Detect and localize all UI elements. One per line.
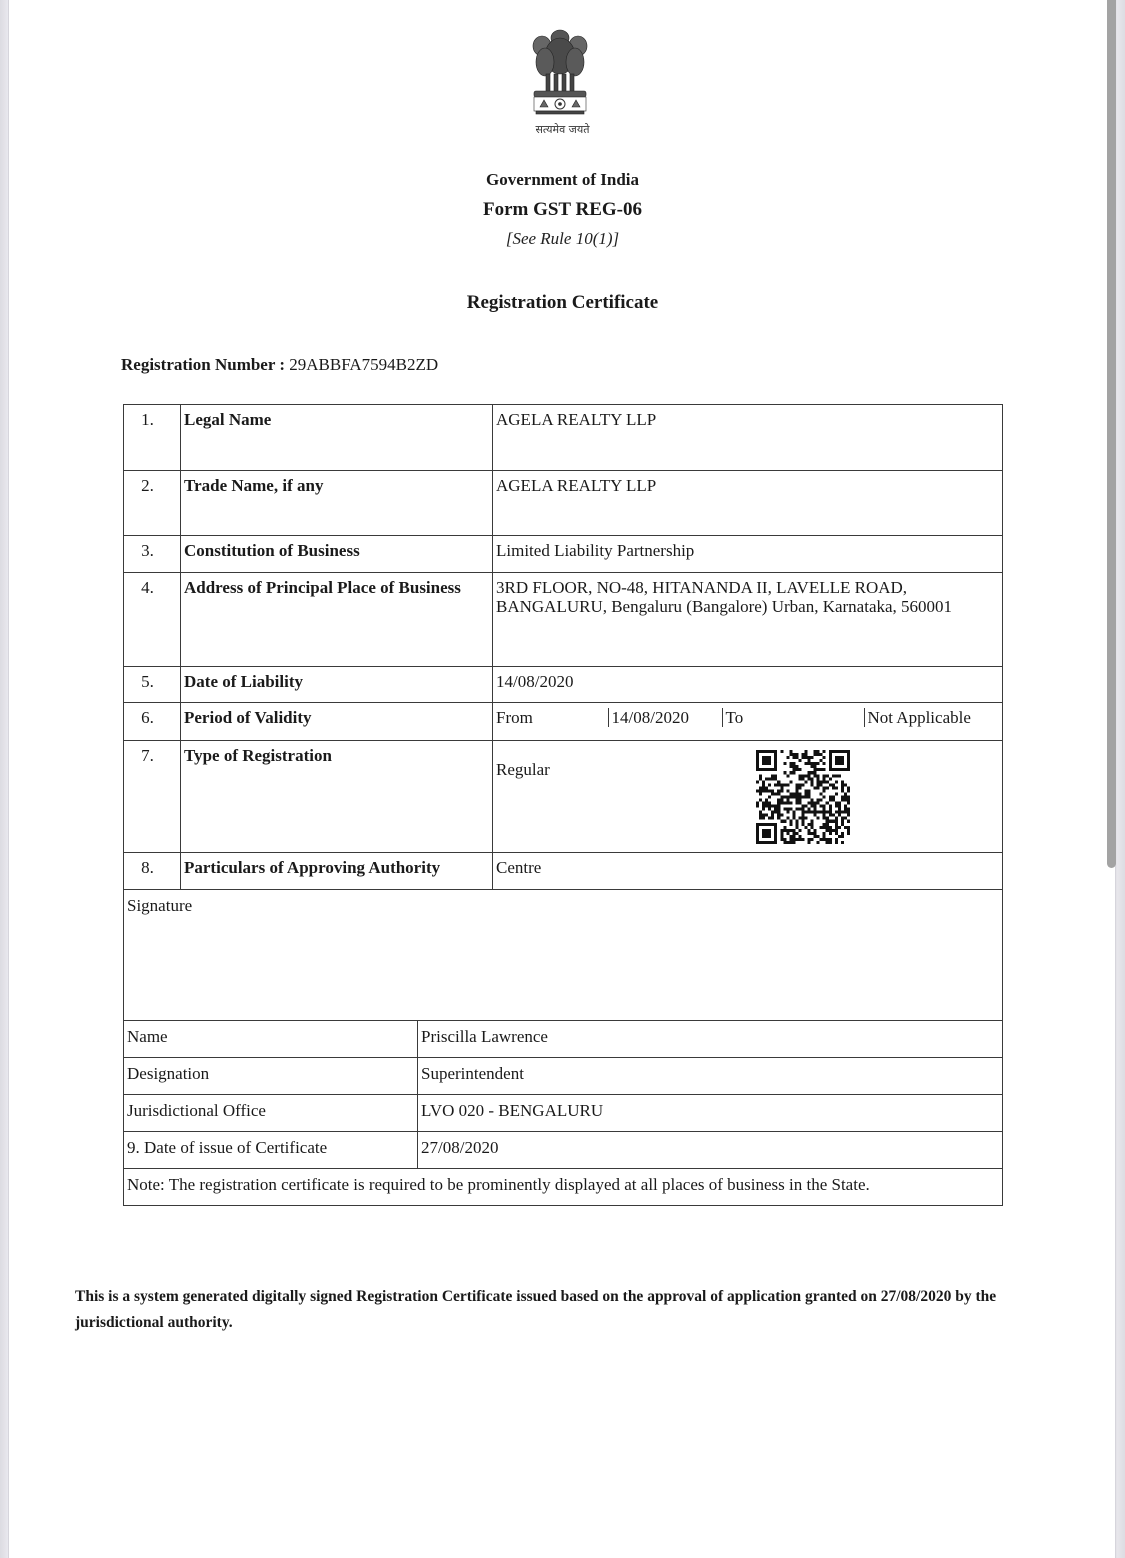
from-date: 14/08/2020 (608, 708, 722, 727)
row-number: 8. (124, 853, 181, 890)
constitution-label: Constitution of Business (181, 536, 493, 573)
qr-code-icon (756, 750, 850, 844)
table-row: Note: The registration certificate is re… (124, 1169, 1003, 1206)
to-label: To (722, 708, 864, 727)
row-number: 1. (124, 405, 181, 471)
table-row: 9. Date of issue of Certificate 27/08/20… (124, 1132, 1003, 1169)
jurisdictional-office-label: Jurisdictional Office (124, 1095, 418, 1132)
table-row: 5. Date of Liability 14/08/2020 (124, 667, 1003, 703)
table-row: 8. Particulars of Approving Authority Ce… (124, 853, 1003, 890)
legal-name-value: AGELA REALTY LLP (493, 405, 1003, 471)
designation-label: Designation (124, 1058, 418, 1095)
registration-type-cell: Regular (493, 741, 1003, 853)
certificate-title: Registration Certificate (0, 292, 1125, 314)
row-number: 4. (124, 573, 181, 667)
trade-name-label: Trade Name, if any (181, 471, 493, 536)
approving-authority-label: Particulars of Approving Authority (181, 853, 493, 890)
row-number: 3. (124, 536, 181, 573)
table-row: 1. Legal Name AGELA REALTY LLP (124, 405, 1003, 471)
form-title: Form GST REG-06 (0, 199, 1125, 221)
from-label: From (496, 708, 608, 727)
row-number: 6. (124, 703, 181, 741)
issue-date-label: 9. Date of issue of Certificate (124, 1132, 418, 1169)
constitution-value: Limited Liability Partnership (493, 536, 1003, 573)
period-table: From 14/08/2020 To Not Applicable (496, 708, 1002, 727)
registration-type-label: Type of Registration (181, 741, 493, 853)
date-of-liability-value: 14/08/2020 (493, 667, 1003, 703)
rule-reference: [See Rule 10(1)] (0, 229, 1125, 249)
vertical-scrollbar[interactable] (1107, 0, 1116, 868)
display-note: Note: The registration certificate is re… (124, 1169, 1003, 1206)
approving-authority-value: Centre (493, 853, 1003, 890)
table-row: 4. Address of Principal Place of Busines… (124, 573, 1003, 667)
government-heading: Government of India (0, 170, 1125, 190)
table-row: 7. Type of Registration Regular (124, 741, 1003, 853)
emblem-motto: सत्यमेव जयते (500, 122, 625, 137)
row-number: 2. (124, 471, 181, 536)
table-row: Signature (124, 890, 1003, 1021)
india-emblem-icon (520, 24, 600, 124)
registration-type-value: Regular (496, 760, 999, 779)
period-of-validity-value: From 14/08/2020 To Not Applicable (493, 703, 1003, 741)
address-value: 3RD FLOOR, NO-48, HITANANDA II, LAVELLE … (493, 573, 1003, 667)
table-row: Jurisdictional Office LVO 020 - BENGALUR… (124, 1095, 1003, 1132)
registration-number: Registration Number : 29ABBFA7594B2ZD (121, 355, 438, 375)
registration-number-value: 29ABBFA7594B2ZD (289, 355, 438, 374)
row-number: 7. (124, 741, 181, 853)
table-row: 2. Trade Name, if any AGELA REALTY LLP (124, 471, 1003, 536)
jurisdictional-office-value: LVO 020 - BENGALURU (418, 1095, 1003, 1132)
issue-date-value: 27/08/2020 (418, 1132, 1003, 1169)
signature-table: Signature Name Priscilla Lawrence Design… (123, 889, 1003, 1206)
period-of-validity-label: Period of Validity (181, 703, 493, 741)
table-row: 3. Constitution of Business Limited Liab… (124, 536, 1003, 573)
officer-name-value: Priscilla Lawrence (418, 1021, 1003, 1058)
trade-name-value: AGELA REALTY LLP (493, 471, 1003, 536)
row-number: 5. (124, 667, 181, 703)
to-value: Not Applicable (864, 708, 1002, 727)
officer-name-label: Name (124, 1021, 418, 1058)
table-row: Name Priscilla Lawrence (124, 1021, 1003, 1058)
registration-details-table: 1. Legal Name AGELA REALTY LLP 2. Trade … (123, 404, 1003, 890)
table-row: Designation Superintendent (124, 1058, 1003, 1095)
signature-label: Signature (124, 890, 1003, 1021)
table-row: 6. Period of Validity From 14/08/2020 To… (124, 703, 1003, 741)
system-generated-note: This is a system generated digitally sig… (75, 1284, 1065, 1336)
address-label: Address of Principal Place of Business (181, 573, 493, 667)
date-of-liability-label: Date of Liability (181, 667, 493, 703)
designation-value: Superintendent (418, 1058, 1003, 1095)
registration-number-label: Registration Number : (121, 355, 285, 374)
legal-name-label: Legal Name (181, 405, 493, 471)
